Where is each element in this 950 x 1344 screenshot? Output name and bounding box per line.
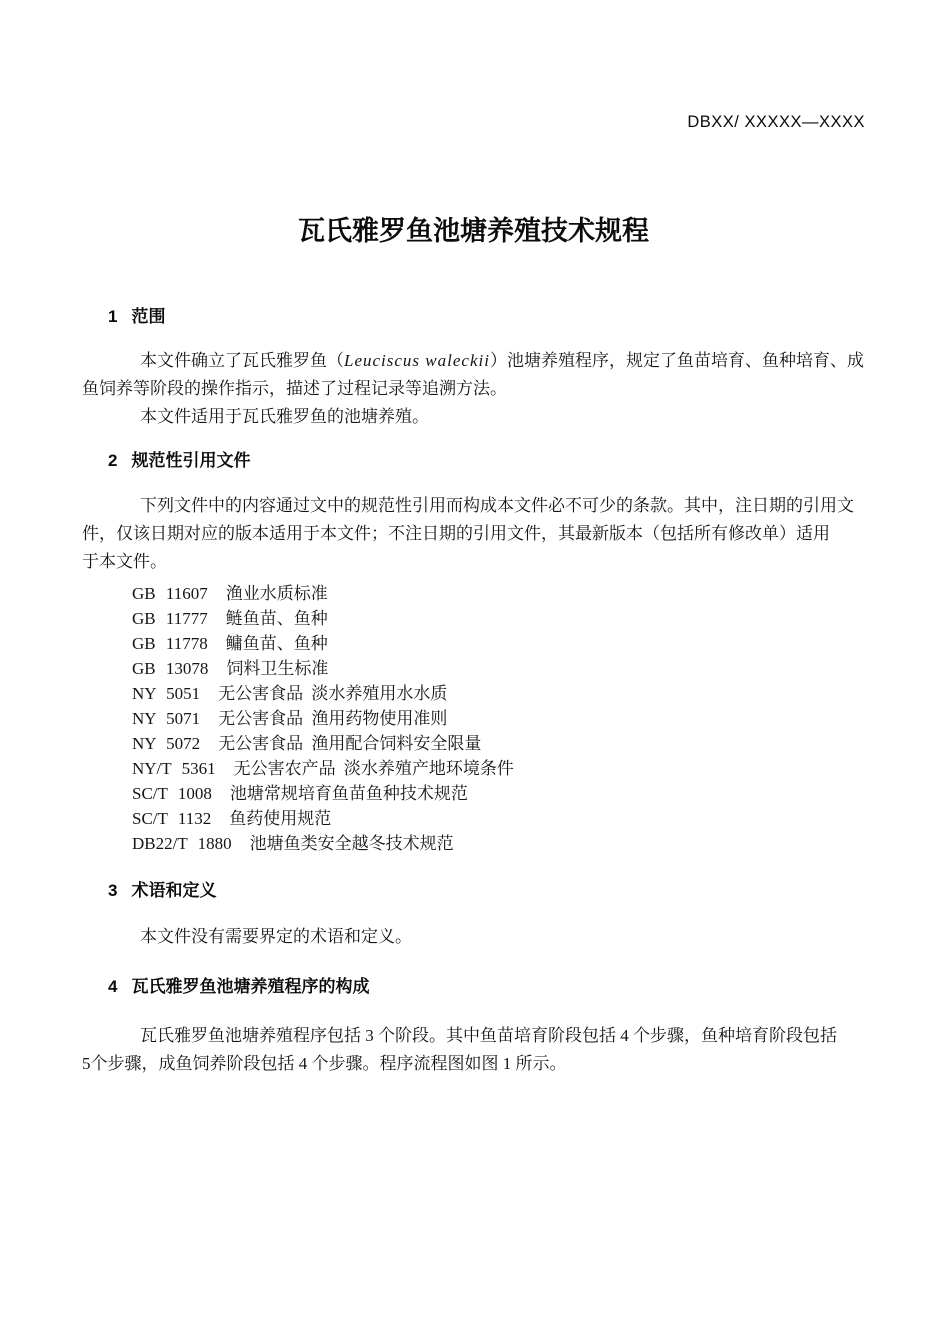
paragraph-line: 下列文件中的内容通过文中的规范性引用而构成本文件必不可少的条款。其中，注日期的引… (82, 492, 865, 520)
section-title: 规范性引用文件 (131, 450, 250, 472)
paragraph-line: 鱼饲养等阶段的操作指示，描述了过程记录等追溯方法。 (82, 375, 865, 403)
reference-code: GB 13078 (132, 659, 208, 678)
reference-item: NY 5072无公害食品 渔用配合饲料安全限量 (82, 731, 865, 756)
document-page: DBXX/ XXXXX—XXXX 瓦氏雅罗鱼池塘养殖技术规程 1 范围 本文件确… (0, 0, 950, 1344)
reference-code: SC/T 1132 (132, 809, 211, 828)
reference-title: 无公害农产品 淡水养殖产地环境条件 (234, 759, 514, 778)
text-run: ）池塘养殖程序，规定了鱼苗培育、鱼种培育、成 (490, 351, 864, 370)
paragraph-line: 于本文件。 (82, 548, 865, 576)
reference-title: 鲢鱼苗、鱼种 (226, 609, 328, 628)
reference-code: GB 11777 (132, 609, 208, 628)
section-number: 3 (108, 880, 117, 902)
reference-code: DB22/T 1880 (132, 834, 232, 853)
reference-title: 鱼药使用规范 (229, 809, 331, 828)
species-name-italic: Leuciscus waleckii (344, 351, 490, 370)
reference-title: 无公害食品 渔用药物使用准则 (218, 709, 447, 728)
reference-item: GB 11607渔业水质标准 (82, 581, 865, 606)
reference-title: 无公害食品 淡水养殖用水水质 (218, 684, 447, 703)
reference-item: GB 13078饲料卫生标准 (82, 656, 865, 681)
reference-title: 无公害食品 渔用配合饲料安全限量 (218, 734, 481, 753)
reference-code: NY/T 5361 (132, 759, 216, 778)
reference-title: 饲料卫生标准 (226, 659, 328, 678)
paragraph-line: 本文件适用于瓦氏雅罗鱼的池塘养殖。 (82, 403, 865, 431)
reference-title: 鳙鱼苗、鱼种 (226, 634, 328, 653)
reference-code: SC/T 1008 (132, 784, 212, 803)
section-title: 术语和定义 (131, 880, 216, 902)
section-number: 1 (108, 306, 117, 328)
section-3-heading: 3 术语和定义 (82, 880, 865, 902)
reference-code: GB 11778 (132, 634, 208, 653)
paragraph-line: 本文件没有需要界定的术语和定义。 (82, 923, 865, 951)
section-4-heading: 4 瓦氏雅罗鱼池塘养殖程序的构成 (82, 976, 865, 998)
doc-number: DBXX/ XXXXX—XXXX (82, 0, 865, 132)
section-title: 范围 (131, 306, 165, 328)
paragraph-line: 件，仅该日期对应的版本适用于本文件；不注日期的引用文件，其最新版本（包括所有修改… (82, 520, 865, 548)
reference-item: SC/T 1132鱼药使用规范 (82, 806, 865, 831)
reference-code: GB 11607 (132, 584, 208, 603)
section-1-heading: 1 范围 (82, 306, 865, 328)
section-2-heading: 2 规范性引用文件 (82, 450, 865, 472)
paragraph-line: 瓦氏雅罗鱼池塘养殖程序包括 3 个阶段。其中鱼苗培育阶段包括 4 个步骤，鱼种培… (82, 1022, 865, 1050)
normative-references-paragraph: 下列文件中的内容通过文中的规范性引用而构成本文件必不可少的条款。其中，注日期的引… (82, 492, 865, 576)
text-run: 本文件确立了瓦氏雅罗鱼（ (140, 351, 344, 370)
section-number: 2 (108, 450, 117, 472)
references-list: GB 11607渔业水质标准 GB 11777鲢鱼苗、鱼种 GB 11778鳙鱼… (82, 581, 865, 856)
section-number: 4 (108, 976, 117, 998)
document-content: DBXX/ XXXXX—XXXX 瓦氏雅罗鱼池塘养殖技术规程 1 范围 本文件确… (0, 0, 950, 1078)
reference-code: NY 5071 (132, 709, 200, 728)
reference-code: NY 5051 (132, 684, 200, 703)
paragraph-line: 本文件确立了瓦氏雅罗鱼（Leuciscus waleckii）池塘养殖程序，规定… (82, 347, 865, 375)
reference-item: NY 5051无公害食品 淡水养殖用水水质 (82, 681, 865, 706)
section-title: 瓦氏雅罗鱼池塘养殖程序的构成 (131, 976, 369, 998)
reference-title: 池塘鱼类安全越冬技术规范 (250, 834, 454, 853)
reference-title: 池塘常规培育鱼苗鱼种技术规范 (230, 784, 468, 803)
reference-item: GB 11777鲢鱼苗、鱼种 (82, 606, 865, 631)
document-title: 瓦氏雅罗鱼池塘养殖技术规程 (82, 214, 865, 248)
paragraph-line: 5个步骤，成鱼饲养阶段包括 4 个步骤。程序流程图如图 1 所示。 (82, 1050, 865, 1078)
scope-paragraphs: 本文件确立了瓦氏雅罗鱼（Leuciscus waleckii）池塘养殖程序，规定… (82, 347, 865, 431)
reference-code: NY 5072 (132, 734, 200, 753)
procedure-paragraph: 瓦氏雅罗鱼池塘养殖程序包括 3 个阶段。其中鱼苗培育阶段包括 4 个步骤，鱼种培… (82, 1022, 865, 1078)
reference-item: GB 11778鳙鱼苗、鱼种 (82, 631, 865, 656)
reference-item: NY/T 5361无公害农产品 淡水养殖产地环境条件 (82, 756, 865, 781)
reference-title: 渔业水质标准 (226, 584, 328, 603)
reference-item: SC/T 1008池塘常规培育鱼苗鱼种技术规范 (82, 781, 865, 806)
reference-item: NY 5071无公害食品 渔用药物使用准则 (82, 706, 865, 731)
terms-paragraph: 本文件没有需要界定的术语和定义。 (82, 923, 865, 951)
reference-item: DB22/T 1880池塘鱼类安全越冬技术规范 (82, 831, 865, 856)
